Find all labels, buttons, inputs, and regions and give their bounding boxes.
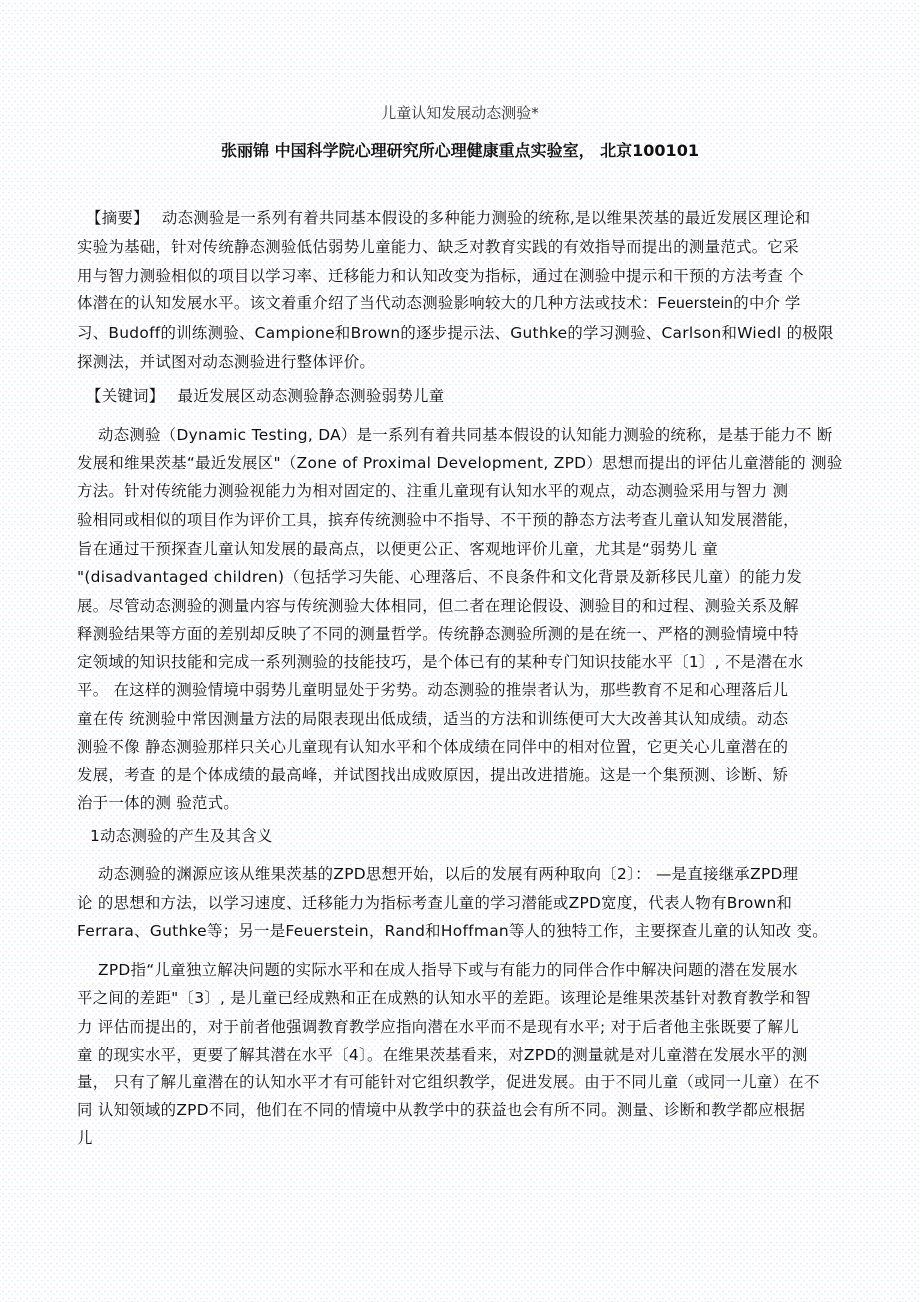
para1-line-2: 发展和维果茨基“最近发展区"（Zone of Proximal Developm…	[77, 453, 843, 473]
para3-line-2: 平之间的差距"〔3〕, 是儿童已经成熟和正在成熟的认知水平的差距。该理论是维果茨…	[77, 988, 811, 1008]
document-title: 儿童认知发展动态测验*	[0, 103, 920, 123]
abstract-line-1: 【摘要】 动态测验是一系列有着共同基本假设的多种能力测验的统称,是以维果茨基的最…	[86, 208, 810, 228]
para3-line-5: 量， 只有了解儿童潜在的认知水平才有可能针对它组织教学，促进发展。由于不同儿童（…	[77, 1072, 820, 1092]
document-page: 儿童认知发展动态测验* 张丽锦 中国科学院心理研究所心理健康重点实验室， 北京1…	[0, 0, 920, 1302]
para1-line-10: 平。 在这样的测验情境中弱势儿童明显处于劣势。动态测验的推崇者认为，那些教育不足…	[77, 680, 788, 700]
abstract-line-6: 探测法，并试图对动态测验进行整体评价。	[77, 352, 375, 372]
abstract-line-2: 实验为基础，针对传统静态测验低估弱势儿童能力、缺乏对教育实践的有效指导而提出的测…	[77, 237, 799, 257]
para1-line-12: 测验不像 静态测验那样只关心儿童现有认知水平和个体成绩在同伴中的相对位置，它更关…	[77, 737, 788, 757]
para1-line-11: 童在传 统测验中常因测量方法的局限表现出低成绩，适当的方法和训练便可大大改善其认…	[77, 709, 788, 729]
para1-line-6: "(disadvantaged children)（包括学习失能、心理落后、不良…	[77, 567, 802, 587]
abstract-line-4: 体潜在的认知发展水平。该文着重介绍了当代动态测验影响较大的几种方法或技术：Feu…	[77, 294, 801, 314]
section-heading-1: 1动态测验的产生及其含义	[90, 826, 273, 846]
keywords-line: 【关键词】 最近发展区动态测验静态测验弱势儿童	[86, 386, 444, 406]
para3-line-3: 力 评估而提出的，对于前者他强调教育教学应指向潜在水平而不是现有水平; 对于后者…	[77, 1017, 799, 1037]
para1-line-14: 治于一体的测 验范式。	[77, 793, 239, 813]
para1-line-9: 定领域的知识技能和完成一系列测验的技能技巧，是个体已有的某种专门知识技能水平〔1…	[77, 652, 804, 672]
author-affiliation: 张丽锦 中国科学院心理研究所心理健康重点实验室， 北京100101	[0, 140, 920, 162]
para2-line-3: Ferrara、Guthke等；另一是Feuerstein，Rand和Hoffm…	[77, 921, 828, 941]
para2-line-1: 动态测验的渊源应该从维果茨基的ZPD思想开始，以后的发展有两种取向〔2〕： —是…	[98, 864, 798, 884]
keywords-text: 最近发展区动态测验静态测验弱势儿童	[178, 387, 445, 405]
para1-line-4: 验相同或相似的项目作为评价工具，摈弃传统测验中不指导、不干预的静态方法考查儿童认…	[77, 510, 799, 530]
abstract-text: 动态测验是一系列有着共同基本假设的多种能力测验的统称,是以维果茨基的最近发展区理…	[162, 209, 811, 227]
abstract-line-5: 习、Budoff的训练测验、Campione和Brown的逐步提示法、Guthk…	[77, 323, 834, 343]
para1-line-8: 释测验结果等方面的差别却反映了不同的测量哲学。传统静态测验所测的是在统一、严格的…	[77, 624, 799, 644]
keywords-label: 【关键词】	[86, 387, 164, 405]
para3-line-7: 儿	[77, 1128, 93, 1148]
para2-line-2: 论 的思想和方法，以学习速度、迁移能力为指标考查儿童的学习潜能或ZPD宽度，代表…	[77, 893, 792, 913]
para3-line-1: ZPD指“儿童独立解决问题的实际水平和在成人指导下或与有能力的同伴合作中解决问题…	[98, 960, 798, 980]
abstract-label: 【摘要】	[86, 209, 149, 227]
para3-line-6: 同 认知领域的ZPD不同，他们在不同的情境中从教学中的获益也会有所不同。测量、诊…	[77, 1100, 805, 1120]
para1-line-1: 动态测验（Dynamic Testing, DA）是一系列有着共同基本假设的认知…	[98, 425, 833, 445]
para1-line-13: 发展，考查 的是个体成绩的最高峰，并试图找出成败原因，提出改进措施。这是一个集预…	[77, 765, 788, 785]
abstract-line-3: 用与智力测验相似的项目以学习率、迁移能力和认知改变为指标，通过在测验中提示和干预…	[77, 266, 804, 286]
para1-line-3: 方法。针对传统能力测验视能力为相对固定的、注重儿童现有认知水平的观点，动态测验采…	[77, 481, 788, 501]
para3-line-4: 童 的现实水平，更要了解其潜在水平〔4〕。在维果茨基看来，对ZPD的测量就是对儿…	[77, 1045, 808, 1065]
para1-line-5: 旨在通过干预探查儿童认知发展的最高点，以便更公正、客观地评价儿童，尤其是“弱势儿…	[77, 539, 718, 559]
para1-line-7: 展。尽管动态测验的测量内容与传统测验大体相同，但二者在理论假设、测验目的和过程、…	[77, 596, 799, 616]
